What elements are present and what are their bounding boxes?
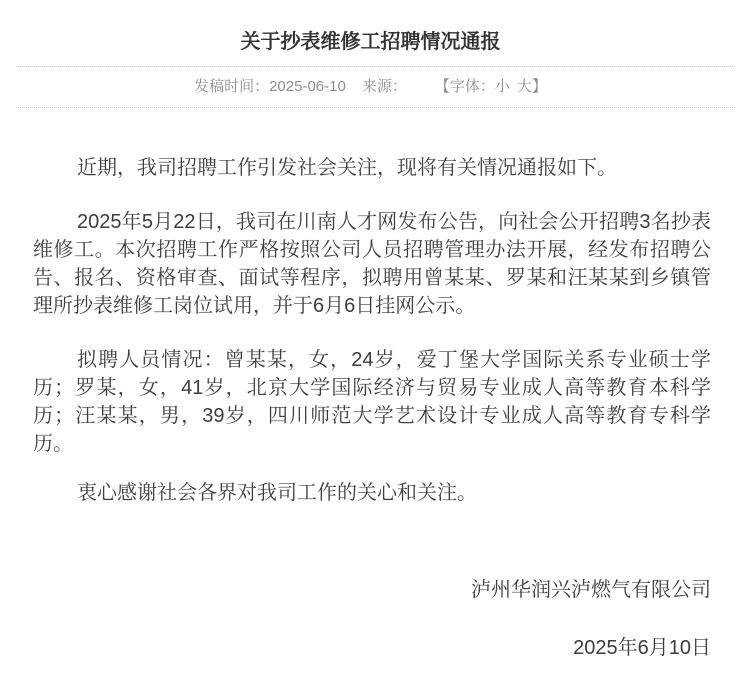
paragraph-intro: 近期，我司招聘工作引发社会关注，现将有关情况通报如下。 <box>33 154 711 182</box>
signature-date: 2025年6月10日 <box>33 634 711 662</box>
font-size-open-bracket: 【字体： <box>435 78 495 95</box>
paragraph-recruitment-process: 2025年5月22日，我司在川南人才网发布公告，向社会公开招聘3名抄表维修工。本… <box>33 208 711 320</box>
paragraph-thanks: 衷心感谢社会各界对我司工作的关心和关注。 <box>33 479 711 507</box>
page-title: 关于抄表维修工招聘情况通报 <box>0 30 741 54</box>
font-size-control: 【字体：小大】 <box>435 78 547 95</box>
publish-time-label: 发稿时间： <box>194 78 269 95</box>
paragraph-candidate-details: 拟聘人员情况：曾某某，女，24岁，爱丁堡大学国际关系专业硕士学历；罗某，女，41… <box>33 346 711 458</box>
publish-time-value: 2025-06-10 <box>269 78 346 95</box>
article-body: 近期，我司招聘工作引发社会关注，现将有关情况通报如下。 2025年5月22日，我… <box>33 154 711 662</box>
source-label: 来源： <box>362 78 407 95</box>
divider-bottom <box>16 107 733 108</box>
article-meta: 发稿时间：2025-06-10来源：【字体：小大】 <box>0 67 741 107</box>
font-size-close-bracket: 】 <box>532 78 547 95</box>
company-signature: 泸州华润兴泸燃气有限公司 <box>33 576 711 604</box>
announcement-page: 关于抄表维修工招聘情况通报 发稿时间：2025-06-10来源：【字体：小大】 … <box>0 0 741 680</box>
font-size-large-button[interactable]: 大 <box>517 78 532 95</box>
font-size-small-button[interactable]: 小 <box>495 78 510 95</box>
